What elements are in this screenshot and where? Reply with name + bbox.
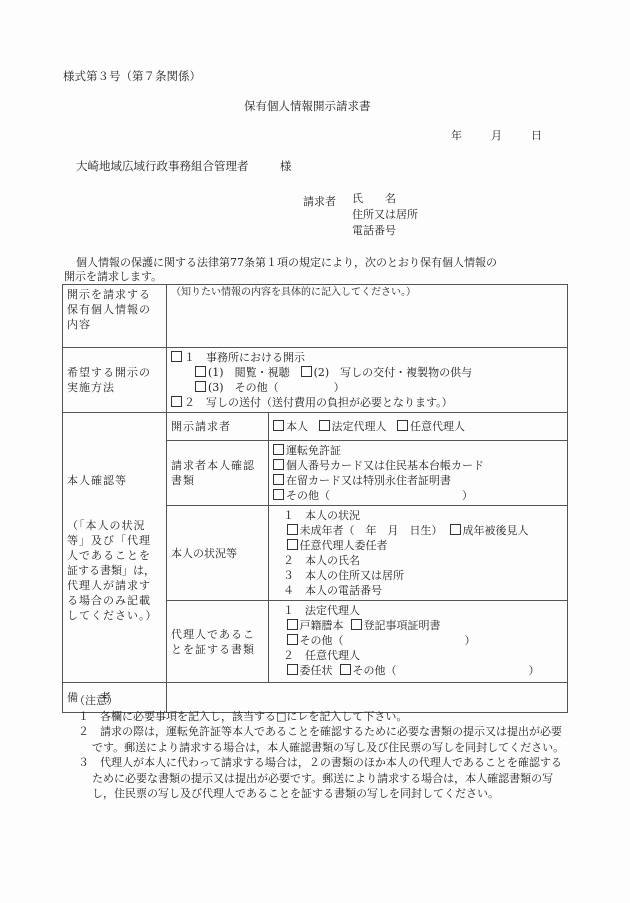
identity-note-line: 証する書類」は， [67,563,162,578]
principal-status-label: 本人の状況等 [167,506,269,601]
form-number: 様式第３号（第７条関係） [63,68,201,84]
option-drivers-license[interactable]: 運転免許証 [273,443,563,458]
option-label: 任意代理人 [410,420,465,433]
principal-address-field[interactable]: ３ 本人の住所又は居所 [273,568,563,583]
checkbox[interactable] [450,524,461,535]
checkbox[interactable] [397,420,408,431]
method-row: 希望する開示の 実施方法 １ 事務所における開示 (1) 閲覧・視聴 (2) 写… [63,348,568,413]
agent-documents-items: １ 法定代理人 戸籍謄本 登記事項証明書 その他（ ） ２ 任意代理人 委任状 … [269,601,568,683]
option-family-register[interactable]: 戸籍謄本 [300,619,344,632]
requester-type-label: 開示請求者 [167,413,269,441]
note-1: １ 各欄に必要事項を記入し，該当する□にレを記入して下さい。 [70,709,570,725]
voluntary-agent-heading: ２ 任意代理人 [273,648,563,663]
option-label: 在留カード又は特別永住者証明書 [286,474,451,487]
identity-note-line: る場合のみ記載 [67,593,162,608]
option-label: １ 事務所における開示 [184,351,305,364]
addressee-name: 大崎地域広域行政事務組合管理者 [76,159,249,173]
option-label: ２ 写しの送付（送付費用の負担が必要となります。） [184,396,453,409]
option-minor[interactable]: 未成年者（ 年 月 日生） [300,524,443,537]
requester-name-field[interactable]: 氏 名 [352,191,396,206]
principal-phone-field[interactable]: ４ 本人の電話番号 [273,583,563,598]
id-documents-options: 運転免許証 個人番号カード又は住民基本台帳カード 在留カード又は特別永住者証明書… [269,441,568,506]
date-field[interactable]: 年 月 日 [451,127,542,143]
agent-documents-label-line: 代理人であるこ [171,627,264,642]
status-minor-ward: 未成年者（ 年 月 日生） 成年被後見人 [273,523,563,538]
checkbox[interactable] [287,664,298,675]
option-label: (1) 閲覧・視聴 [208,366,301,379]
note-3: ３ 代理人が本人に代わって請求する場合は，２の書類のほか本人の代理人であることを… [70,755,570,802]
legal-agent-docs: 戸籍謄本 登記事項証明書 [273,618,563,633]
option-label: 個人番号カード又は住民基本台帳カード [286,459,484,472]
method-label: 希望する開示の 実施方法 [63,348,167,413]
requester-address-field[interactable]: 住所又は居所 [352,207,418,222]
intro-line-2: 開示を請求します。 [64,268,162,284]
option-other[interactable]: その他（ ） [353,664,540,677]
identity-note-line: 人であることを [67,548,162,563]
notes-heading: （注意） [74,693,570,709]
date-month: 月 [491,129,502,142]
option-label: (3) その他（ ） [208,381,345,394]
principal-name-field[interactable]: ２ 本人の氏名 [273,553,563,568]
checkbox[interactable] [319,420,330,431]
checkbox[interactable] [273,474,284,485]
method-label-line: 実施方法 [67,380,162,395]
identity-note-line: 等」及び「代理 [67,533,162,548]
checkbox[interactable] [273,420,284,431]
content-label-line: 内容 [67,317,162,332]
status-delegator: 任意代理人委任者 [273,538,563,553]
option-delegator[interactable]: 任意代理人委任者 [300,539,388,552]
id-documents-label-line: 書類 [171,473,264,488]
method-options: １ 事務所における開示 (1) 閲覧・視聴 (2) 写しの交付・複製物の供与 (… [167,348,568,413]
content-hint: （知りたい情報の内容を具体的に記入してください。） [171,287,416,298]
agent-documents-label: 代理人であるこ とを証する書類 [167,601,269,683]
content-input[interactable]: （知りたい情報の内容を具体的に記入してください。） [167,285,568,348]
option-residence-card[interactable]: 在留カード又は特別永住者証明書 [273,473,563,488]
option-registry-certificate[interactable]: 登記事項証明書 [364,619,441,632]
checkbox[interactable] [340,664,351,675]
checkbox[interactable] [195,381,206,392]
option-voluntary-agent[interactable]: 任意代理人 [397,420,465,433]
content-row: 開示を請求する 保有個人情報の 内容 （知りたい情報の内容を具体的に記入してくだ… [63,285,568,348]
method-label-line: 希望する開示の [67,365,162,380]
identity-note-line: してください。） [67,608,162,623]
requester-label: 請求者 [303,193,336,209]
content-label: 開示を請求する 保有個人情報の 内容 [63,285,167,348]
checkbox[interactable] [171,396,182,407]
request-form-table: 開示を請求する 保有個人情報の 内容 （知りたい情報の内容を具体的に記入してくだ… [62,284,568,713]
agent-documents-label-line: とを証する書類 [171,642,264,657]
option-label: 運転免許証 [286,444,341,457]
requester-phone-field[interactable]: 電話番号 [352,223,396,238]
checkbox[interactable] [287,634,298,645]
identity-note-line: （「本人の状況 [67,518,162,533]
checkbox[interactable] [171,351,182,362]
addressee: 大崎地域広域行政事務組合管理者 様 [76,158,291,174]
option-self[interactable]: 本人 [273,420,308,433]
status-heading: １ 本人の状況 [273,508,563,523]
option-office-disclosure[interactable]: １ 事務所における開示 [171,350,563,365]
content-label-line: 開示を請求する [67,287,162,302]
option-adult-ward[interactable]: 成年被後見人 [463,524,529,537]
option-view-and-copy[interactable]: (1) 閲覧・視聴 (2) 写しの交付・複製物の供与 [171,365,563,380]
option-label: 本人 [286,420,308,433]
option-my-number-card[interactable]: 個人番号カード又は住民基本台帳カード [273,458,563,473]
date-day: 日 [531,129,542,142]
option-other[interactable]: (3) その他（ ） [171,380,563,395]
option-mail-copy[interactable]: ２ 写しの送付（送付費用の負担が必要となります。） [171,395,563,410]
checkbox[interactable] [287,524,298,535]
id-documents-label: 請求者本人確認 書類 [167,441,269,506]
identity-label: 本人確認等 [67,473,162,488]
legal-agent-heading: １ 法定代理人 [273,603,563,618]
checkbox[interactable] [273,459,284,470]
checkbox[interactable] [287,619,298,630]
checkbox[interactable] [351,619,362,630]
requester-type-row: 本人確認等 （「本人の状況 等」及び「代理 人であることを 証する書類」は， 代… [63,413,568,441]
content-label-line: 保有個人情報の [67,302,162,317]
identity-note-line: 代理人が請求す [67,578,162,593]
addressee-honorific: 様 [280,159,292,173]
checkbox[interactable] [273,489,284,500]
id-documents-label-line: 請求者本人確認 [171,458,264,473]
option-other[interactable]: その他（ ） [300,634,476,647]
checkbox[interactable] [287,539,298,550]
legal-agent-other: その他（ ） [273,633,563,648]
date-year: 年 [451,129,462,142]
identity-section-label: 本人確認等 （「本人の状況 等」及び「代理 人であることを 証する書類」は， 代… [63,413,167,683]
document-title: 保有個人情報開示請求書 [244,98,371,114]
voluntary-agent-docs: 委任状 その他（ ） [273,663,563,678]
notes-section: （注意） １ 各欄に必要事項を記入し，該当する□にレを記入して下さい。 ２ 請求… [70,693,570,802]
requester-type-options: 本人 法定代理人 任意代理人 [269,413,568,441]
option-legal-agent[interactable]: 法定代理人 [319,420,387,433]
checkbox[interactable] [273,444,284,455]
option-label: (2) 写しの交付・複製物の供与 [314,366,473,379]
option-label: 法定代理人 [332,420,387,433]
principal-status-items: １ 本人の状況 未成年者（ 年 月 日生） 成年被後見人 任意代理人委任者 ２ … [269,506,568,601]
checkbox[interactable] [301,366,312,377]
checkbox[interactable] [195,366,206,377]
option-label: その他（ ） [286,489,473,502]
option-other-document[interactable]: その他（ ） [273,488,563,503]
option-power-of-attorney[interactable]: 委任状 [300,664,333,677]
note-2: ２ 請求の際は，運転免許証等本人であることを確認するために必要な書類の提示又は提… [70,724,570,755]
